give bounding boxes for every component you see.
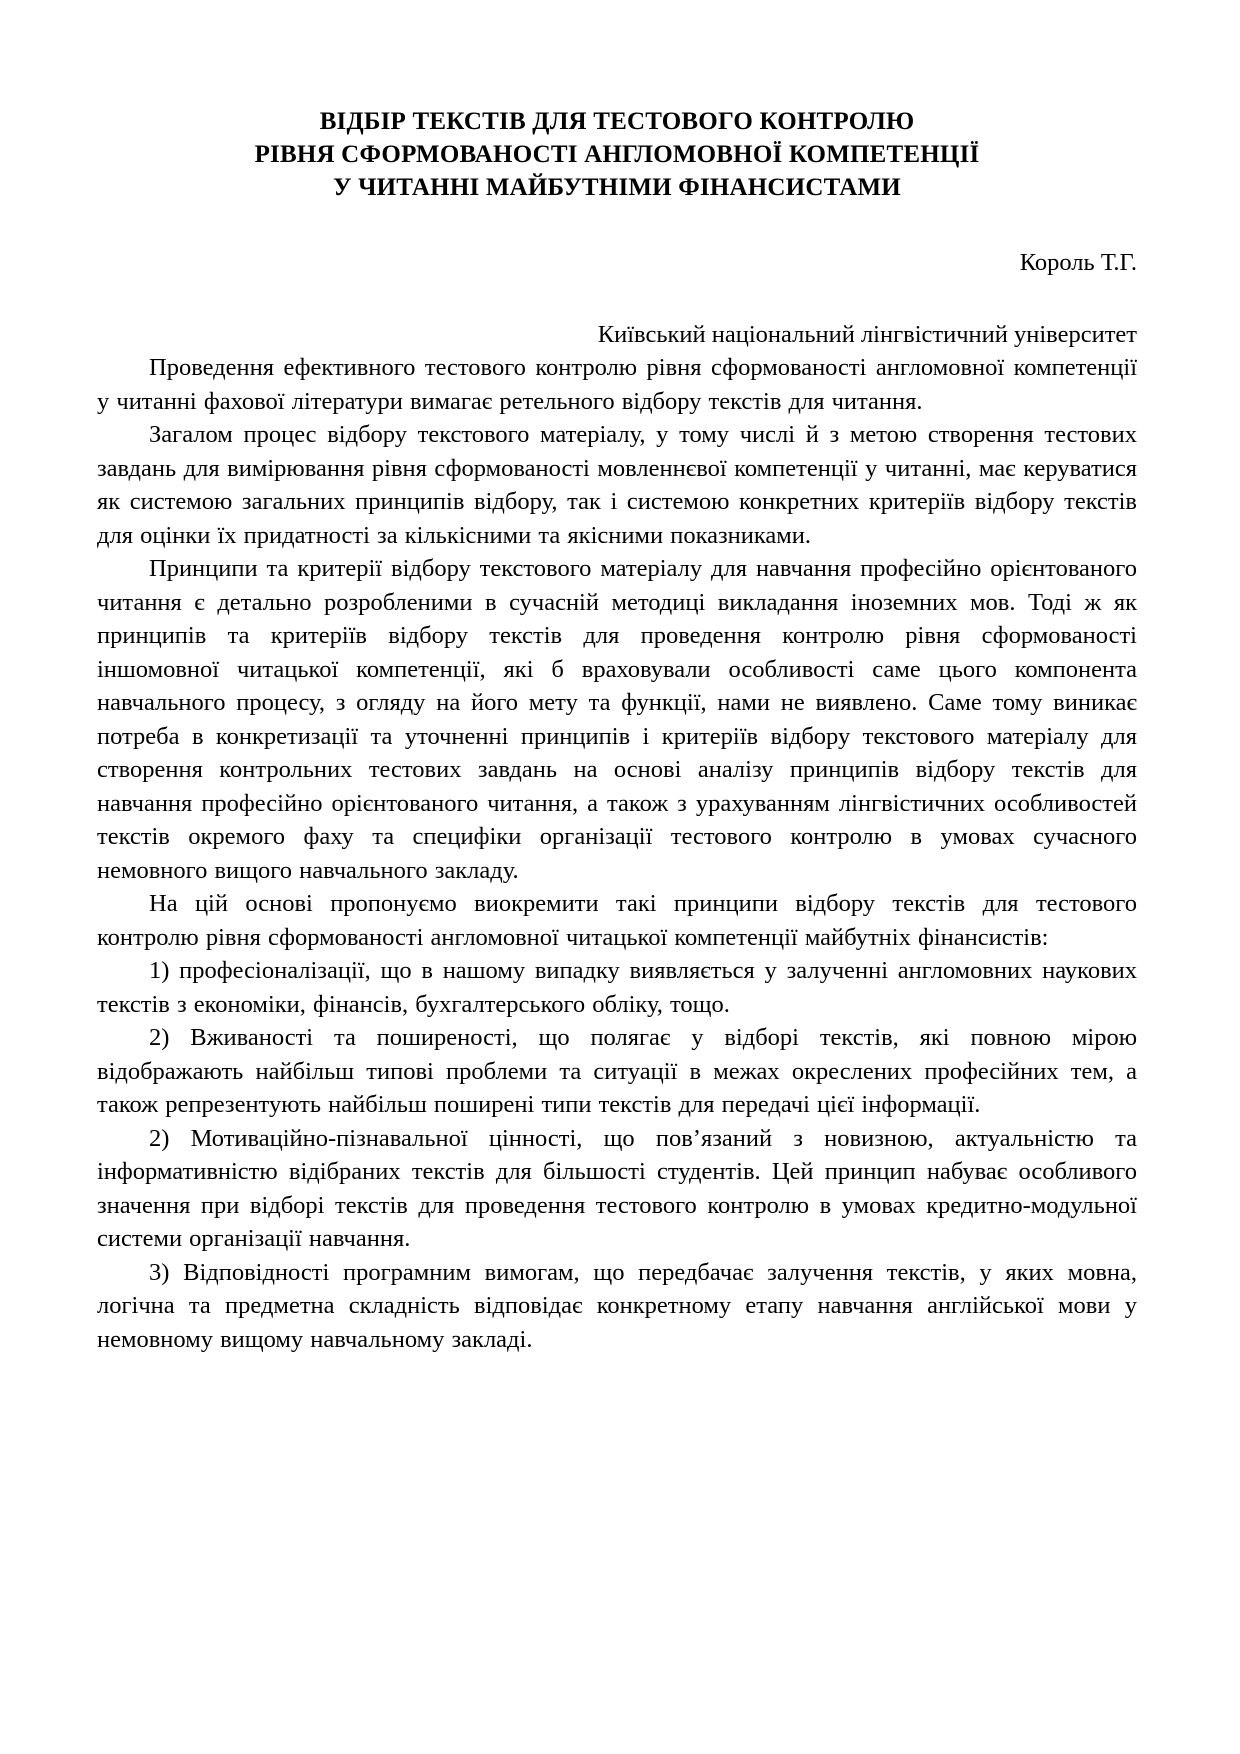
- article-title-line-1: ВІДБІР ТЕКСТІВ ДЛЯ ТЕСТОВОГО КОНТРОЛЮ: [97, 105, 1137, 138]
- list-item-motivational-value: 2) Мотиваційно-пізнавальної цінності, що…: [97, 1122, 1137, 1256]
- paragraph-intro: Проведення ефективного тестового контрол…: [97, 351, 1137, 418]
- article-title-line-3: У ЧИТАННІ МАЙБУТНІМИ ФІНАНСИСТАМИ: [97, 171, 1137, 204]
- list-item-program-requirements: 3) Відповідності програмним вимогам, що …: [97, 1256, 1137, 1357]
- paragraph-general-process: Загалом процес відбору текстового матері…: [97, 418, 1137, 552]
- list-item-professionalization: 1) професіоналізації, що в нашому випадк…: [97, 954, 1137, 1021]
- article-title: ВІДБІР ТЕКСТІВ ДЛЯ ТЕСТОВОГО КОНТРОЛЮ РІ…: [97, 105, 1137, 204]
- article-title-line-2: РІВНЯ СФОРМОВАНОСТІ АНГЛОМОВНОЇ КОМПЕТЕН…: [97, 138, 1137, 171]
- author-name: Король Т.Г.: [97, 246, 1137, 280]
- paragraph-principles-criteria: Принципи та критерії відбору текстового …: [97, 552, 1137, 887]
- document-page: ВІДБІР ТЕКСТІВ ДЛЯ ТЕСТОВОГО КОНТРОЛЮ РІ…: [0, 0, 1240, 1754]
- list-item-usage-prevalence: 2) Вживаності та поширеності, що полягає…: [97, 1021, 1137, 1122]
- affiliation: Київський національний лінгвістичний уні…: [97, 318, 1137, 352]
- document-content: ВІДБІР ТЕКСТІВ ДЛЯ ТЕСТОВОГО КОНТРОЛЮ РІ…: [97, 0, 1137, 1356]
- paragraph-proposal: На цій основі пропонуємо виокремити такі…: [97, 887, 1137, 954]
